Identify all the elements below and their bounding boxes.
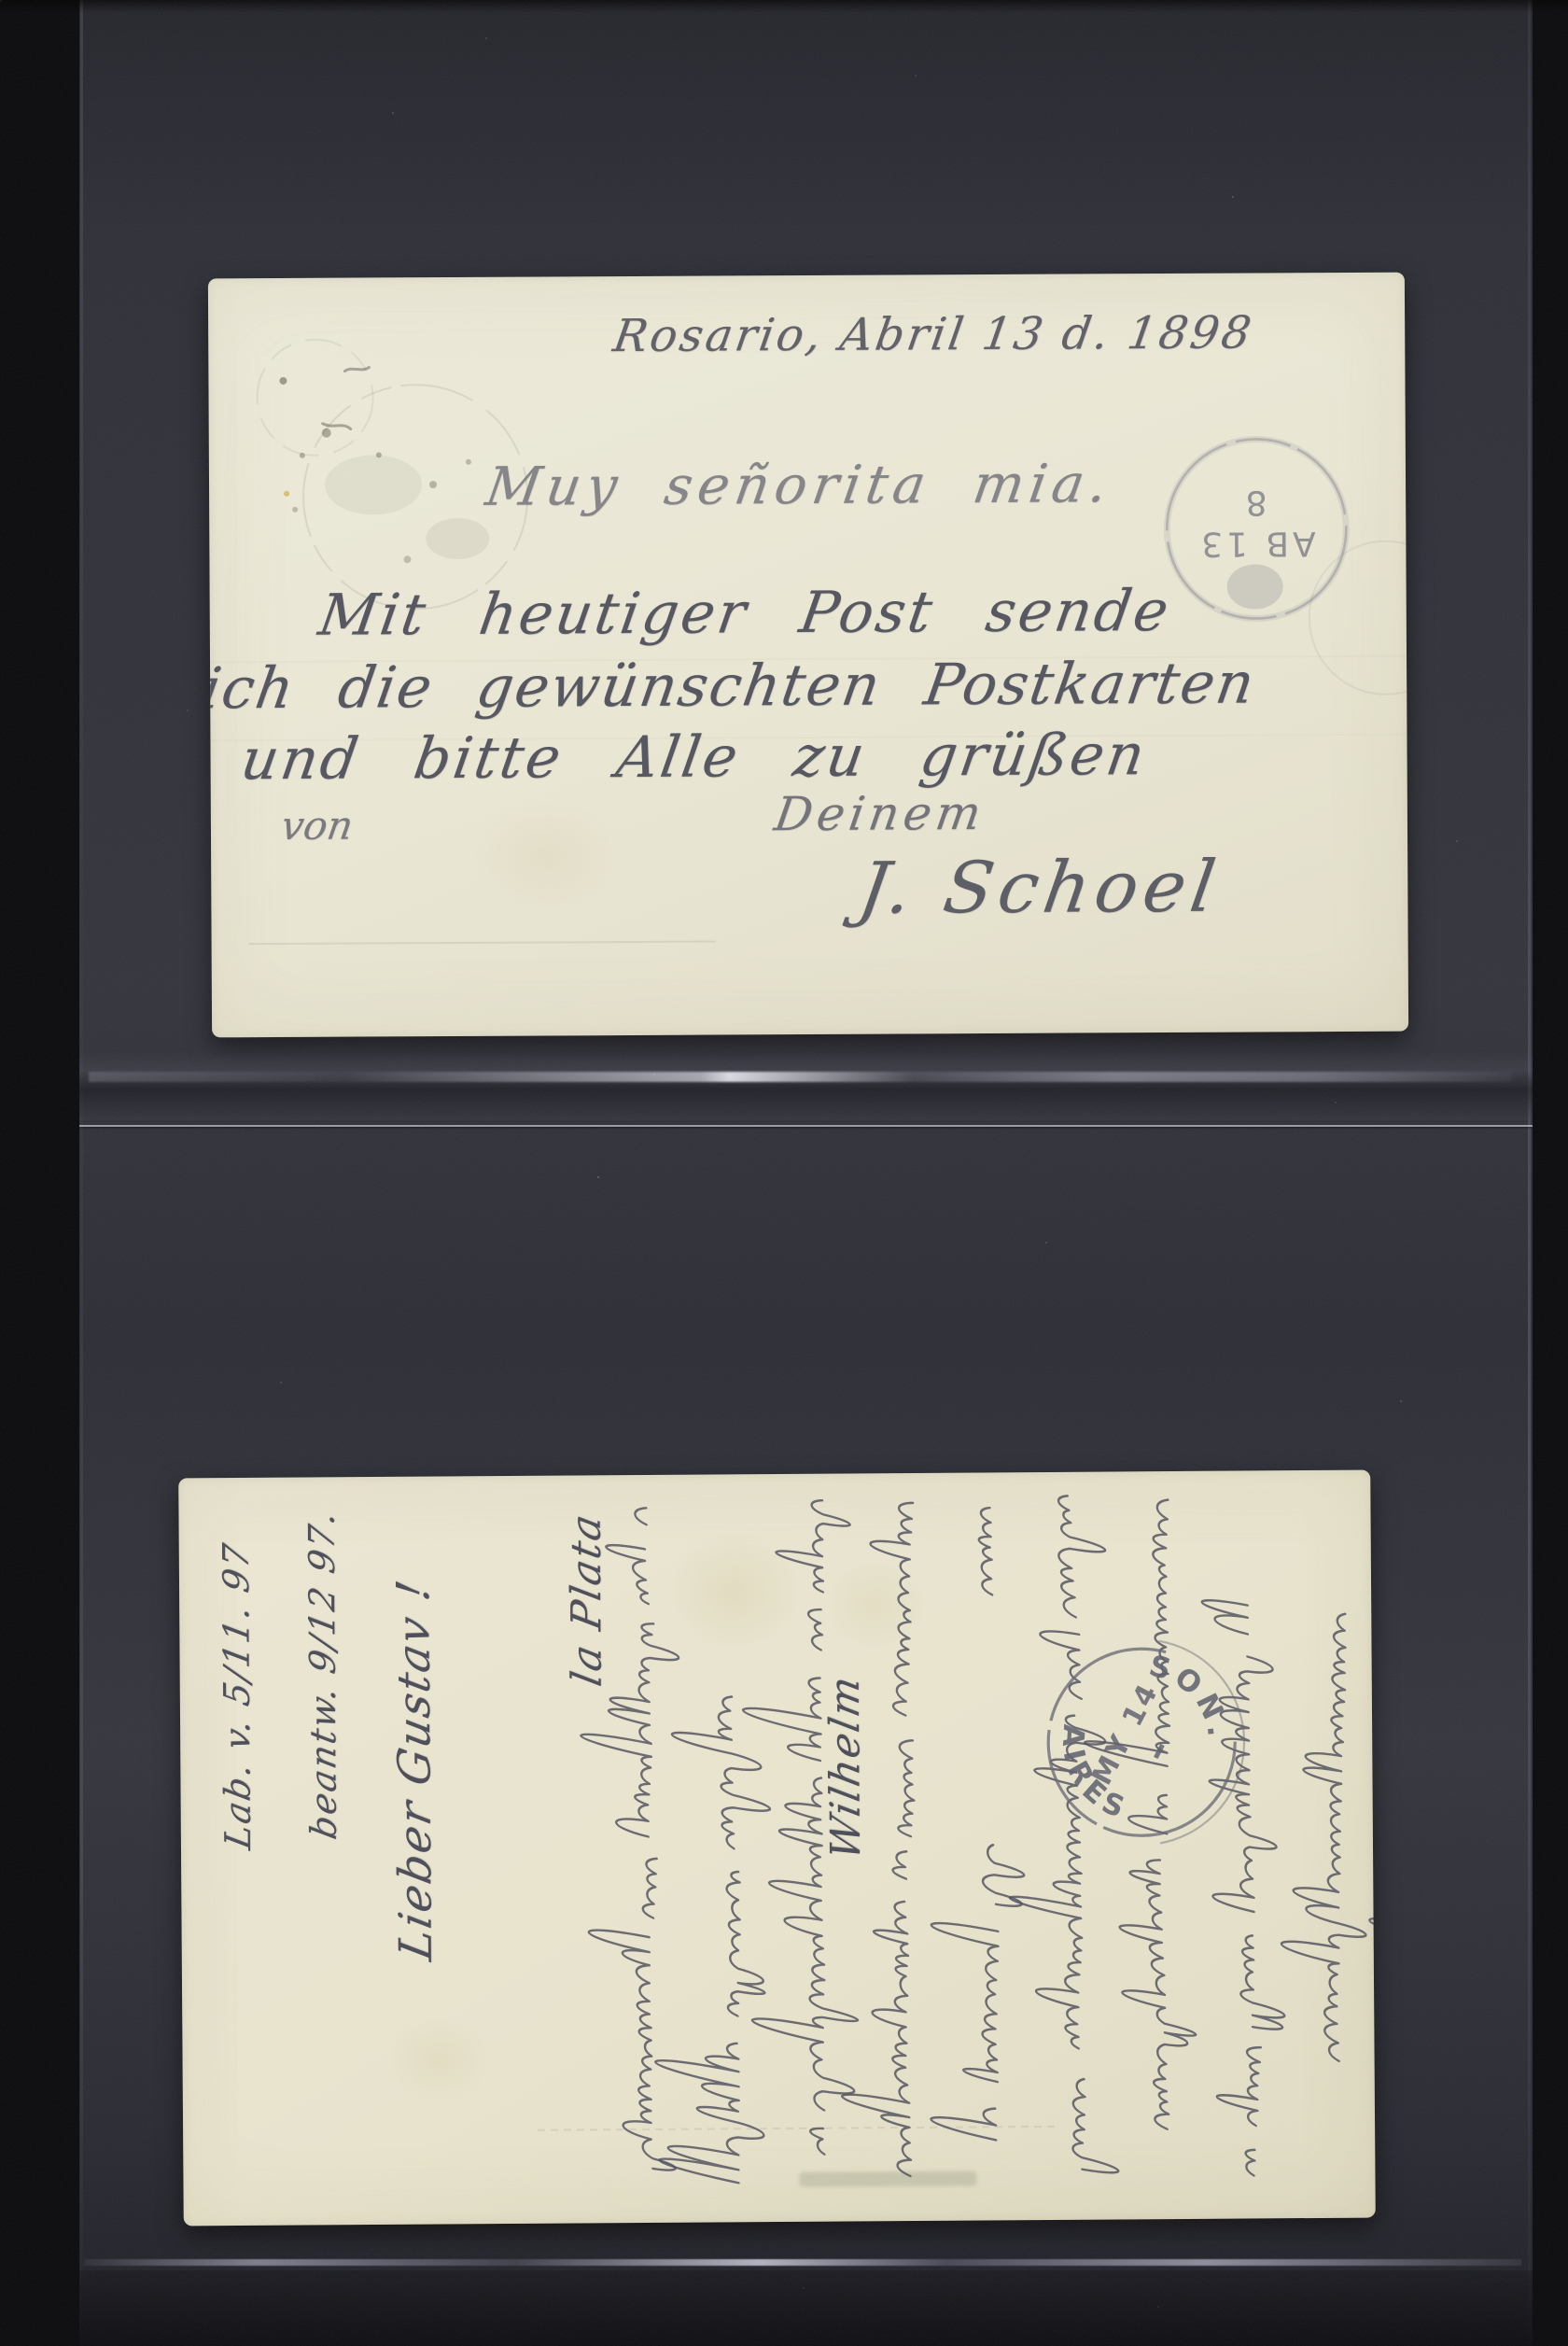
handwritten-signature: J. Schoel <box>854 845 1226 930</box>
top-vignette <box>0 0 1568 13</box>
handwritten-dateline: Rosario, Abril 13 d. 1898 <box>609 306 1257 362</box>
paper-stain <box>472 799 623 912</box>
sleeve-right-edge-highlight <box>1528 0 1531 2346</box>
handwriting-column-2: beantw. 9/12 97. <box>287 1491 378 2211</box>
handwritten-greeting: Muy señorita mia. <box>482 453 1116 518</box>
sleeve-fold-streak <box>89 1072 1512 1082</box>
handwritten-closing-von: von <box>278 803 357 849</box>
faint-printed-line <box>249 941 716 946</box>
lower-shadow-band <box>79 2270 1533 2346</box>
postcard-top: AB 13 8 Rosario, Abril 13 d. 1898 Muy se… <box>208 273 1408 1038</box>
handwriting-column-1: Lab. v. 5/11. 97 <box>202 1492 292 2212</box>
handwritten-body-line-3: und bitte Alle zu grüßen <box>237 722 1152 793</box>
handwritten-body-line-1: Mit heutiger Post sende <box>315 578 1175 649</box>
postcard-bottom: Lab. v. 5/11. 97beantw. 9/12 97.Lieber G… <box>178 1470 1376 2227</box>
postmark-dash: – <box>1134 1733 1181 1769</box>
handwritten-closing-deinem: Deinem <box>771 786 989 841</box>
postmark-date-slug: MY 14 <box>1085 1677 1166 1790</box>
faint-ring-trace <box>1273 542 1408 711</box>
handwritten-body-line-2: ich die gewünschten Postkarten <box>208 650 1260 722</box>
sleeve-seam-line <box>79 1125 1533 1127</box>
sleeve-fold-band <box>79 1051 1533 1120</box>
sleeve-left-edge-highlight <box>80 0 83 2346</box>
answered-annotation: beantw. 9/12 97. <box>301 1507 344 1842</box>
datestamp-hour-line: 8 <box>1246 483 1267 521</box>
received-annotation: Lab. v. 5/11. 97 <box>216 1539 259 1853</box>
scanned-album-page: AB 13 8 Rosario, Abril 13 d. 1898 Muy se… <box>0 0 1568 2346</box>
sleeve-bottom-streak <box>84 2259 1521 2266</box>
circular-postmark-buenos-aires: SON. AIRES MY 14 – <box>1001 1601 1282 1883</box>
